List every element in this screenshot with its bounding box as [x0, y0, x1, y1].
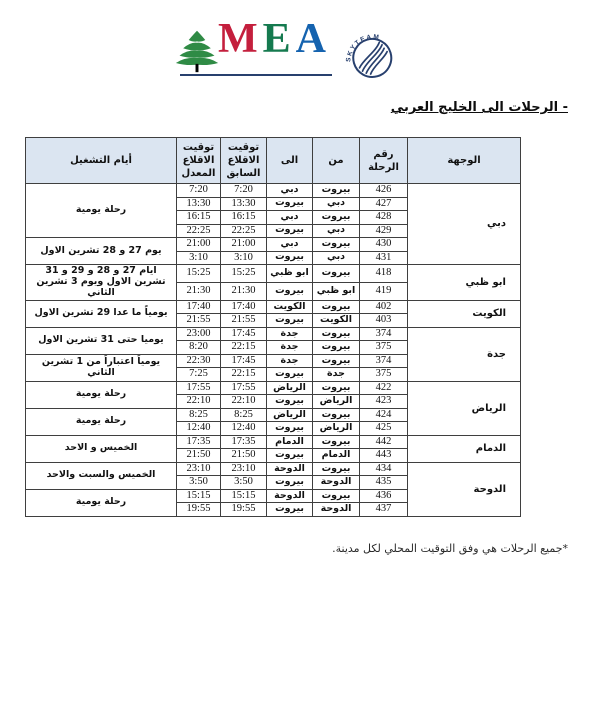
origin-cell: بيروت	[313, 327, 360, 341]
col-header-new-departure-time: توقيت الاقلاع المعدل	[177, 138, 221, 184]
cedar-tree-icon	[174, 28, 220, 74]
arrival-cell: بيروت	[267, 503, 313, 517]
arrival-cell: الكويت	[267, 300, 313, 314]
operating-days-cell: الخميس و الاحد	[26, 435, 177, 462]
operating-days-cell: يوميا حتى 31 تشرين الاول	[26, 327, 177, 354]
previous-departure-time-cell: 23:10	[221, 462, 267, 476]
origin-cell: الرياض	[313, 395, 360, 409]
new-departure-time-cell: 15:25	[177, 265, 221, 283]
new-departure-time-cell: 12:40	[177, 422, 221, 436]
table-header-row: الوجهة رقم الرحلة من الى توقيت الاقلاع ا…	[26, 138, 521, 184]
flight-row: دبي426بيروتدبي7:207:20رحلة يومية	[26, 184, 521, 198]
origin-cell: جدة	[313, 368, 360, 382]
new-departure-time-cell: 19:55	[177, 503, 221, 517]
arrival-cell: جدة	[267, 327, 313, 341]
previous-departure-time-cell: 17:45	[221, 354, 267, 368]
previous-departure-time-cell: 17:45	[221, 327, 267, 341]
arrival-cell: ابو ظبي	[267, 265, 313, 283]
arrival-cell: الدوحة	[267, 462, 313, 476]
col-header-destination: الوجهة	[408, 138, 521, 184]
destination-cell: الرياض	[408, 381, 521, 435]
previous-departure-time-cell: 3:50	[221, 476, 267, 490]
arrival-cell: بيروت	[267, 197, 313, 211]
new-departure-time-cell: 21:00	[177, 238, 221, 252]
flight-number-cell: 437	[360, 503, 408, 517]
flight-number-cell: 430	[360, 238, 408, 252]
flight-number-cell: 375	[360, 341, 408, 355]
destination-cell: الدوحة	[408, 462, 521, 516]
origin-cell: بيروت	[313, 435, 360, 449]
origin-cell: بيروت	[313, 300, 360, 314]
col-header-to: الى	[267, 138, 313, 184]
origin-cell: ابو ظبي	[313, 282, 360, 300]
previous-departure-time-cell: 8:25	[221, 408, 267, 422]
flight-number-cell: 403	[360, 314, 408, 328]
origin-cell: بيروت	[313, 184, 360, 198]
flight-number-cell: 436	[360, 489, 408, 503]
previous-departure-time-cell: 21:00	[221, 238, 267, 252]
new-departure-time-cell: 16:15	[177, 211, 221, 225]
operating-days-cell: رحلة يومية	[26, 489, 177, 516]
mea-wordmark: MEA	[218, 18, 331, 60]
arrival-cell: بيروت	[267, 282, 313, 300]
mea-letter: M	[218, 16, 263, 62]
new-departure-time-cell: 21:30	[177, 282, 221, 300]
operating-days-cell: رحلة يومية	[26, 408, 177, 435]
destination-cell: ابو ظبي	[408, 265, 521, 301]
previous-departure-time-cell: 17:35	[221, 435, 267, 449]
previous-departure-time-cell: 17:40	[221, 300, 267, 314]
operating-days-cell: ايام 27 و 28 و 29 و 31 تشرين الاول ويوم …	[26, 265, 177, 301]
flight-number-cell: 424	[360, 408, 408, 422]
arrival-cell: دبي	[267, 238, 313, 252]
origin-cell: بيروت	[313, 211, 360, 225]
col-header-from: من	[313, 138, 360, 184]
origin-cell: بيروت	[313, 381, 360, 395]
previous-departure-time-cell: 17:55	[221, 381, 267, 395]
arrival-cell: الرياض	[267, 381, 313, 395]
new-departure-time-cell: 17:40	[177, 300, 221, 314]
origin-cell: الدمام	[313, 449, 360, 463]
flight-row: الرياض422بيروتالرياض17:5517:55رحلة يومية	[26, 381, 521, 395]
flight-number-cell: 423	[360, 395, 408, 409]
previous-departure-time-cell: 22:15	[221, 341, 267, 355]
arrival-cell: بيروت	[267, 224, 313, 238]
flight-number-cell: 427	[360, 197, 408, 211]
flight-number-cell: 431	[360, 251, 408, 265]
skyteam-logo-icon: SKYTEAM	[344, 24, 400, 86]
flight-number-cell: 418	[360, 265, 408, 283]
flights-table-body: دبي426بيروتدبي7:207:20رحلة يومية427دبيبي…	[26, 184, 521, 517]
origin-cell: الرياض	[313, 422, 360, 436]
new-departure-time-cell: 17:35	[177, 435, 221, 449]
destination-cell: دبي	[408, 184, 521, 265]
page-root: { "colors": { "header_bg": "#dbe5f1", "b…	[0, 0, 589, 717]
origin-cell: بيروت	[313, 408, 360, 422]
origin-cell: دبي	[313, 251, 360, 265]
flight-number-cell: 426	[360, 184, 408, 198]
col-header-flight-number: رقم الرحلة	[360, 138, 408, 184]
operating-days-cell: رحلة يومية	[26, 184, 177, 238]
previous-departure-time-cell: 7:20	[221, 184, 267, 198]
new-departure-time-cell: 7:25	[177, 368, 221, 382]
flight-number-cell: 435	[360, 476, 408, 490]
mea-letter: E	[263, 16, 296, 62]
new-departure-time-cell: 22:25	[177, 224, 221, 238]
arrival-cell: جدة	[267, 341, 313, 355]
flight-row: الدمام442بيروتالدمام17:3517:35الخميس و ا…	[26, 435, 521, 449]
logo-underline	[180, 74, 332, 76]
arrival-cell: بيروت	[267, 476, 313, 490]
new-departure-time-cell: 13:30	[177, 197, 221, 211]
origin-cell: بيروت	[313, 354, 360, 368]
origin-cell: الدوحة	[313, 503, 360, 517]
flight-row: الكويت402بيروتالكويت17:4017:40يومياً ما …	[26, 300, 521, 314]
operating-days-cell: يوم 27 و 28 تشرين الاول	[26, 238, 177, 265]
previous-departure-time-cell: 13:30	[221, 197, 267, 211]
flight-row: الدوحة434بيروتالدوحة23:1023:10الخميس وال…	[26, 462, 521, 476]
page-title: - الرحلات الى الخليج العربي	[391, 100, 568, 115]
origin-cell: بيروت	[313, 238, 360, 252]
new-departure-time-cell: 21:55	[177, 314, 221, 328]
flight-number-cell: 442	[360, 435, 408, 449]
flight-number-cell: 422	[360, 381, 408, 395]
operating-days-cell: رحلة يومية	[26, 381, 177, 408]
new-departure-time-cell: 23:10	[177, 462, 221, 476]
previous-departure-time-cell: 19:55	[221, 503, 267, 517]
arrival-cell: بيروت	[267, 251, 313, 265]
flight-number-cell: 429	[360, 224, 408, 238]
new-departure-time-cell: 3:10	[177, 251, 221, 265]
origin-cell: الكويت	[313, 314, 360, 328]
operating-days-cell: يومياً ما عدا 29 تشرين الاول	[26, 300, 177, 327]
new-departure-time-cell: 15:15	[177, 489, 221, 503]
arrival-cell: بيروت	[267, 449, 313, 463]
arrival-cell: بيروت	[267, 422, 313, 436]
previous-departure-time-cell: 16:15	[221, 211, 267, 225]
origin-cell: دبي	[313, 224, 360, 238]
arrival-cell: الدمام	[267, 435, 313, 449]
mea-letter: A	[296, 16, 331, 62]
new-departure-time-cell: 22:10	[177, 395, 221, 409]
col-header-operating-days: أيام التشغيل	[26, 138, 177, 184]
previous-departure-time-cell: 22:15	[221, 368, 267, 382]
previous-departure-time-cell: 21:55	[221, 314, 267, 328]
flight-number-cell: 425	[360, 422, 408, 436]
destination-cell: الكويت	[408, 300, 521, 327]
previous-departure-time-cell: 22:25	[221, 224, 267, 238]
previous-departure-time-cell: 21:30	[221, 282, 267, 300]
previous-departure-time-cell: 12:40	[221, 422, 267, 436]
previous-departure-time-cell: 21:50	[221, 449, 267, 463]
flight-number-cell: 443	[360, 449, 408, 463]
origin-cell: بيروت	[313, 265, 360, 283]
flight-number-cell: 428	[360, 211, 408, 225]
flight-number-cell: 434	[360, 462, 408, 476]
new-departure-time-cell: 22:30	[177, 354, 221, 368]
flight-number-cell: 374	[360, 327, 408, 341]
origin-cell: بيروت	[313, 462, 360, 476]
previous-departure-time-cell: 3:10	[221, 251, 267, 265]
arrival-cell: الدوحة	[267, 489, 313, 503]
col-header-previous-departure-time: توقيت الاقلاع السابق	[221, 138, 267, 184]
previous-departure-time-cell: 22:10	[221, 395, 267, 409]
new-departure-time-cell: 23:00	[177, 327, 221, 341]
new-departure-time-cell: 8:25	[177, 408, 221, 422]
destination-cell: الدمام	[408, 435, 521, 462]
flight-number-cell: 375	[360, 368, 408, 382]
operating-days-cell: الخميس والسبت والاحد	[26, 462, 177, 489]
flight-number-cell: 402	[360, 300, 408, 314]
arrival-cell: دبي	[267, 211, 313, 225]
flight-number-cell: 374	[360, 354, 408, 368]
new-departure-time-cell: 3:50	[177, 476, 221, 490]
new-departure-time-cell: 17:55	[177, 381, 221, 395]
arrival-cell: بيروت	[267, 395, 313, 409]
origin-cell: بيروت	[313, 341, 360, 355]
origin-cell: بيروت	[313, 489, 360, 503]
origin-cell: دبي	[313, 197, 360, 211]
arrival-cell: الرياض	[267, 408, 313, 422]
flight-row: جدة374بيروتجدة17:4523:00يوميا حتى 31 تشر…	[26, 327, 521, 341]
arrival-cell: بيروت	[267, 368, 313, 382]
operating-days-cell: يومياً اعتباراً من 1 تشرين الثاني	[26, 354, 177, 381]
origin-cell: الدوحة	[313, 476, 360, 490]
previous-departure-time-cell: 15:15	[221, 489, 267, 503]
new-departure-time-cell: 21:50	[177, 449, 221, 463]
arrival-cell: جدة	[267, 354, 313, 368]
destination-cell: جدة	[408, 327, 521, 381]
arrival-cell: بيروت	[267, 314, 313, 328]
previous-departure-time-cell: 15:25	[221, 265, 267, 283]
flights-table: الوجهة رقم الرحلة من الى توقيت الاقلاع ا…	[25, 137, 521, 517]
footnote: *جميع الرحلات هي وفق التوقيت المحلي لكل …	[332, 542, 568, 555]
flight-row: ابو ظبي418بيروتابو ظبي15:2515:25ايام 27 …	[26, 265, 521, 283]
new-departure-time-cell: 7:20	[177, 184, 221, 198]
flight-number-cell: 419	[360, 282, 408, 300]
arrival-cell: دبي	[267, 184, 313, 198]
new-departure-time-cell: 8:20	[177, 341, 221, 355]
